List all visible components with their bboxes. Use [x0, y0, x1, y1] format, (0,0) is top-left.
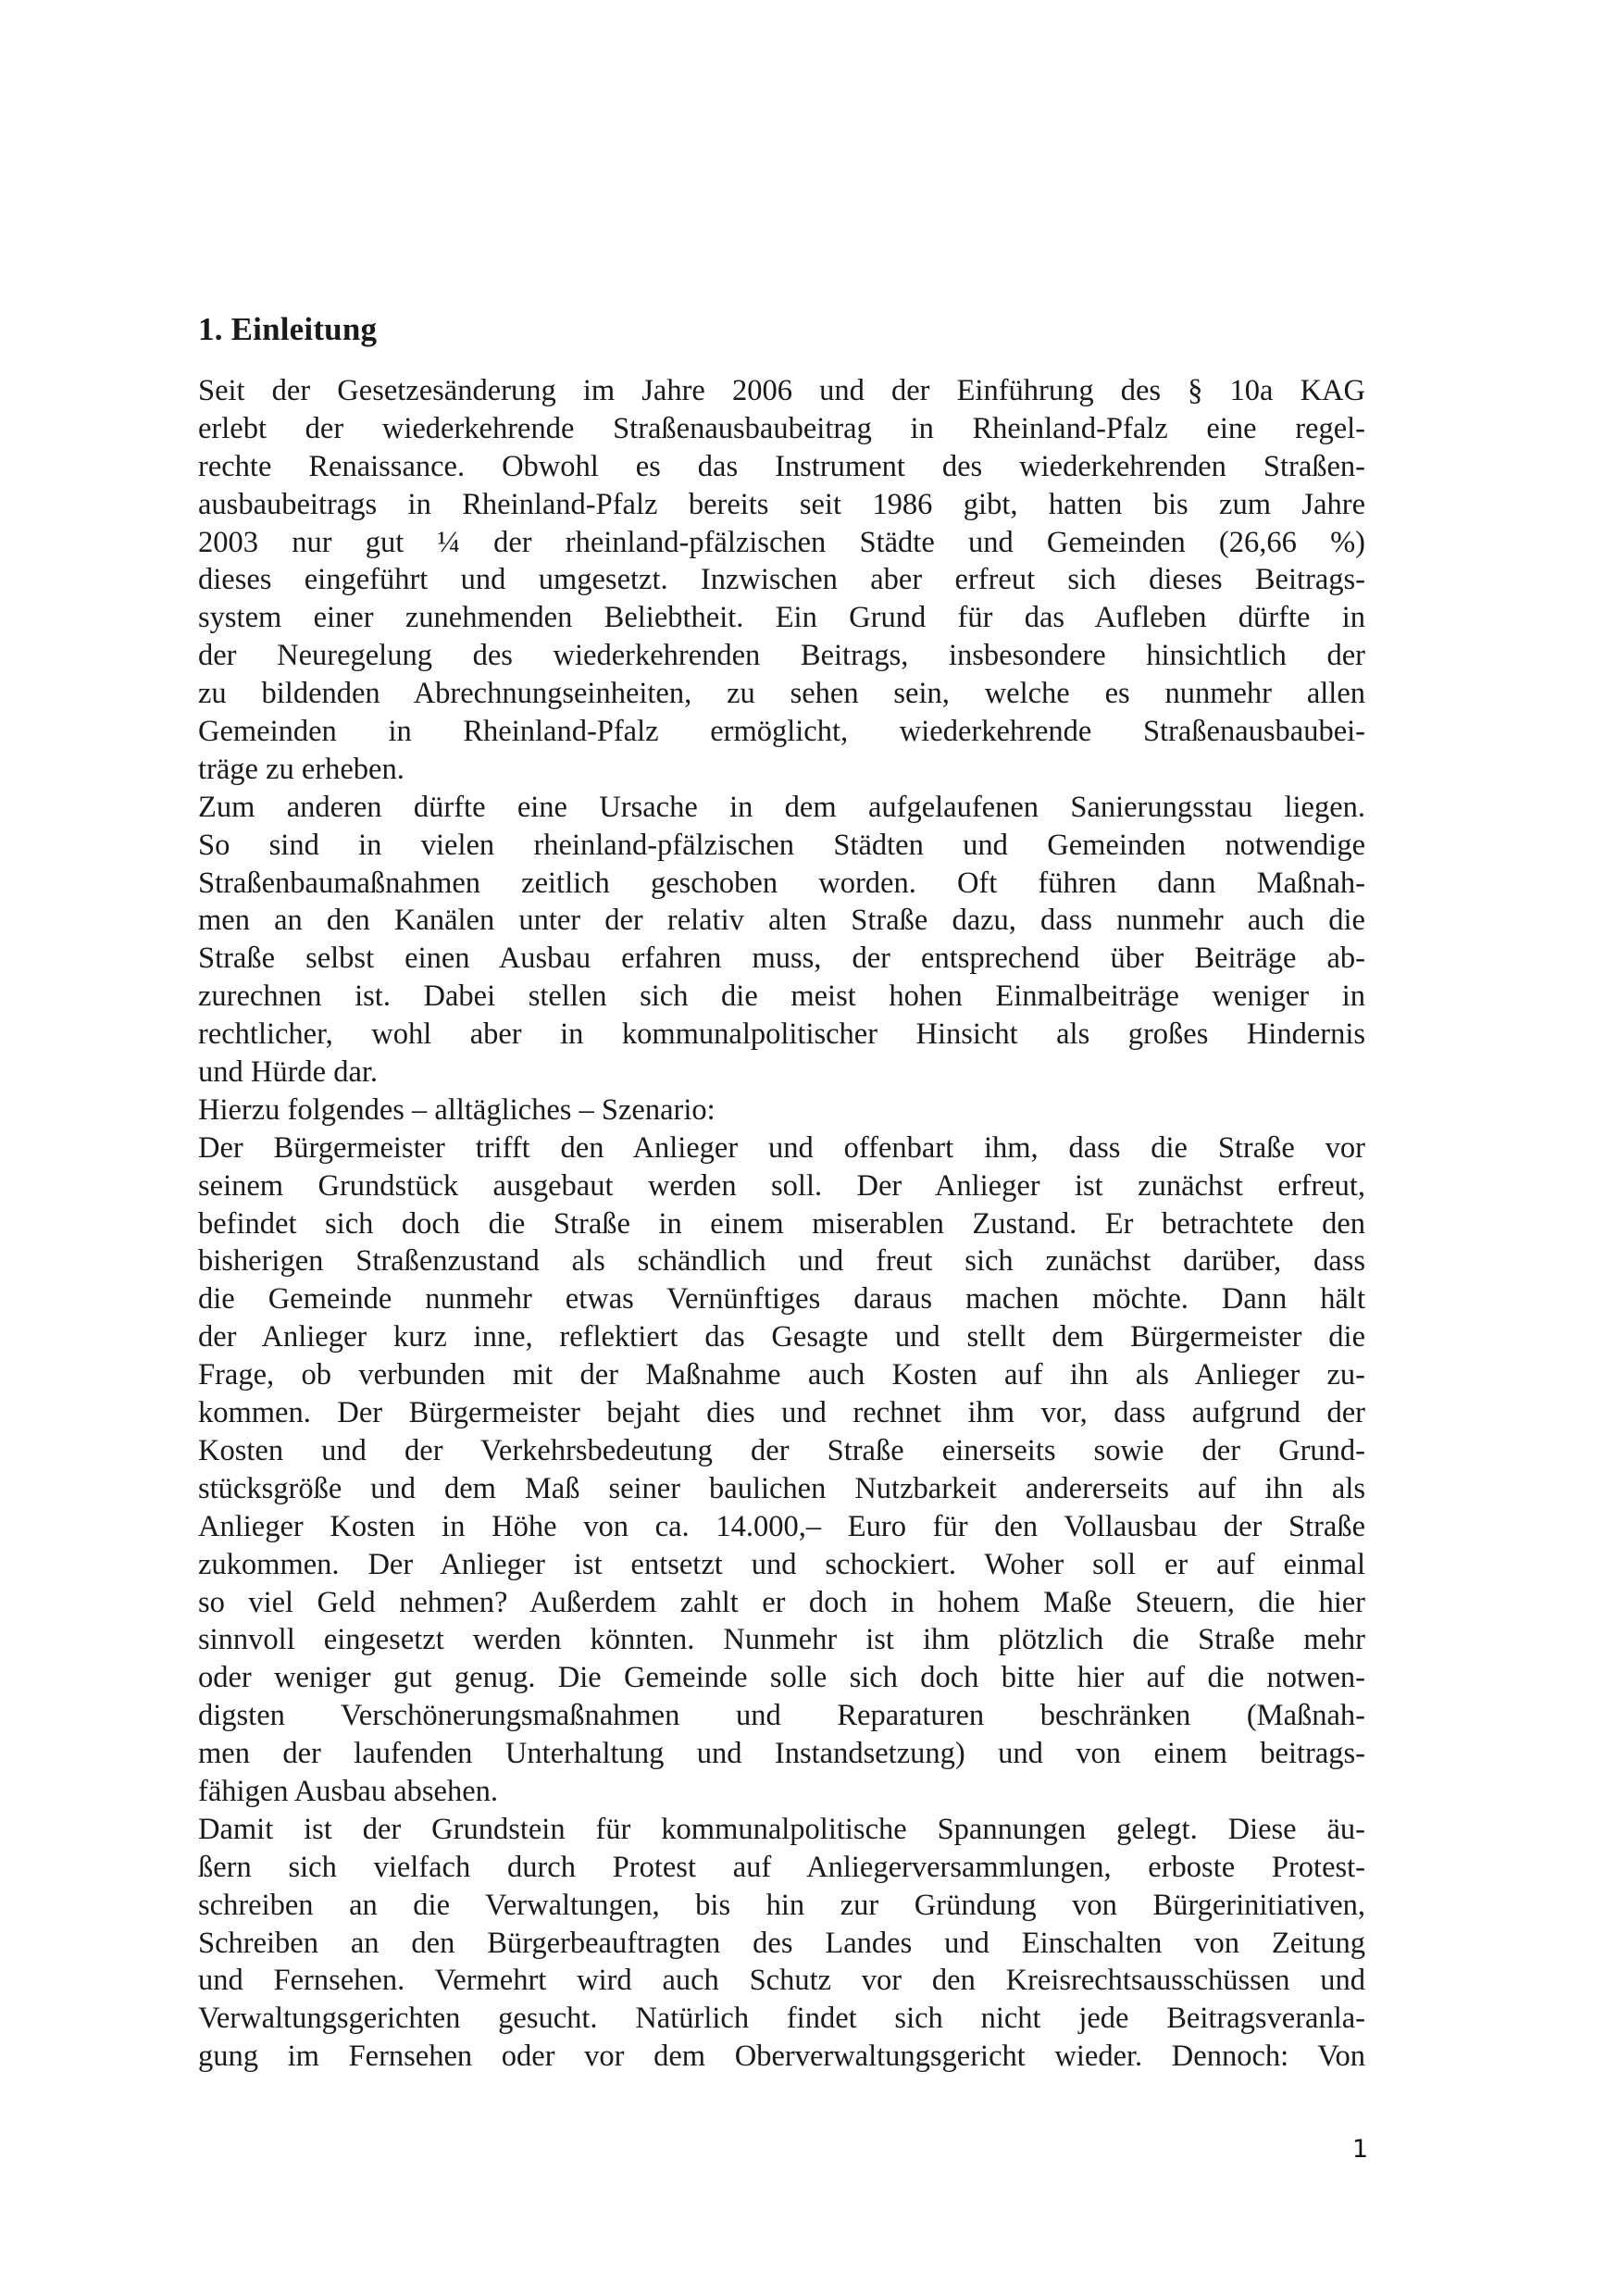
text-line: dieses eingeführt und umgesetzt. Inzwisc…	[198, 561, 1365, 599]
text-line: Der Bürgermeister trifft den Anlieger un…	[198, 1129, 1365, 1167]
text-line: So sind in vielen rheinland-pfälzischen …	[198, 827, 1365, 865]
text-line: Hierzu folgendes – alltägliches – Szenar…	[198, 1092, 1365, 1129]
text-line: Zum anderen dürfte eine Ursache in dem a…	[198, 789, 1365, 827]
page-number: 1	[1346, 2135, 1368, 2165]
text-line: der Neuregelung des wiederkehrenden Beit…	[198, 637, 1365, 675]
section-heading: 1. Einleitung	[198, 309, 377, 350]
text-line: men der laufenden Unterhaltung und Insta…	[198, 1735, 1365, 1773]
text-line: Damit ist der Grundstein für kommunalpol…	[198, 1811, 1365, 1849]
text-line: Straße selbst einen Ausbau erfahren muss…	[198, 940, 1365, 978]
text-line: so viel Geld nehmen? Außerdem zahlt er d…	[198, 1584, 1365, 1622]
text-line: Kosten und der Verkehrsbedeutung der Str…	[198, 1432, 1365, 1470]
text-line: sinnvoll eingesetzt werden könnten. Nunm…	[198, 1621, 1365, 1659]
text-line: seinem Grundstück ausgebaut werden soll.…	[198, 1167, 1365, 1205]
text-line: Anlieger Kosten in Höhe von ca. 14.000,–…	[198, 1508, 1365, 1546]
text-line: der Anlieger kurz inne, reflektiert das …	[198, 1318, 1365, 1356]
text-line: Straßenbaumaßnahmen zeitlich geschoben w…	[198, 865, 1365, 903]
text-line: digsten Verschönerungsmaßnahmen und Repa…	[198, 1697, 1365, 1735]
text-line: Frage, ob verbunden mit der Maßnahme auc…	[198, 1356, 1365, 1394]
body-text: Seit der Gesetzesänderung im Jahre 2006 …	[198, 372, 1365, 2076]
text-line: kommen. Der Bürgermeister bejaht dies un…	[198, 1394, 1365, 1432]
text-line: Schreiben an den Bürgerbeauftragten des …	[198, 1925, 1365, 1963]
text-line: men an den Kanälen unter der relativ alt…	[198, 902, 1365, 940]
text-line: bisherigen Straßenzustand als schändlich…	[198, 1242, 1365, 1280]
text-line: Gemeinden in Rheinland-Pfalz ermöglicht,…	[198, 713, 1365, 751]
text-line: schreiben an die Verwaltungen, bis hin z…	[198, 1887, 1365, 1925]
text-line: Verwaltungsgerichten gesucht. Natürlich …	[198, 2000, 1365, 2038]
text-line: zu bildenden Abrechnungseinheiten, zu se…	[198, 675, 1365, 713]
text-line: träge zu erheben.	[198, 751, 1365, 789]
text-line: gung im Fernsehen oder vor dem Oberverwa…	[198, 2038, 1365, 2076]
text-line: ausbaubeitrags in Rheinland-Pfalz bereit…	[198, 486, 1365, 524]
text-line: system einer zunehmenden Beliebtheit. Ei…	[198, 599, 1365, 637]
text-line: ßern sich vielfach durch Protest auf Anl…	[198, 1849, 1365, 1887]
text-line: oder weniger gut genug. Die Gemeinde sol…	[198, 1659, 1365, 1697]
text-line: befindet sich doch die Straße in einem m…	[198, 1205, 1365, 1243]
text-line: zurechnen ist. Dabei stellen sich die me…	[198, 978, 1365, 1016]
text-line: fähigen Ausbau absehen.	[198, 1773, 1365, 1811]
text-line: rechte Renaissance. Obwohl es das Instru…	[198, 448, 1365, 486]
text-line: die Gemeinde nunmehr etwas Vernünftiges …	[198, 1280, 1365, 1318]
text-line: und Hürde dar.	[198, 1054, 1365, 1092]
text-line: zukommen. Der Anlieger ist entsetzt und …	[198, 1546, 1365, 1584]
text-line: und Fernsehen. Vermehrt wird auch Schutz…	[198, 1962, 1365, 2000]
text-line: rechtlicher, wohl aber in kommunalpoliti…	[198, 1016, 1365, 1054]
text-line: stücksgröße und dem Maß seiner baulichen…	[198, 1470, 1365, 1508]
text-line: erlebt der wiederkehrende Straßenausbaub…	[198, 410, 1365, 448]
document-page: 1. Einleitung Seit der Gesetzesänderung …	[0, 0, 1618, 2296]
text-line: 2003 nur gut ¼ der rheinland-pfälzischen…	[198, 524, 1365, 562]
text-line: Seit der Gesetzesänderung im Jahre 2006 …	[198, 372, 1365, 410]
